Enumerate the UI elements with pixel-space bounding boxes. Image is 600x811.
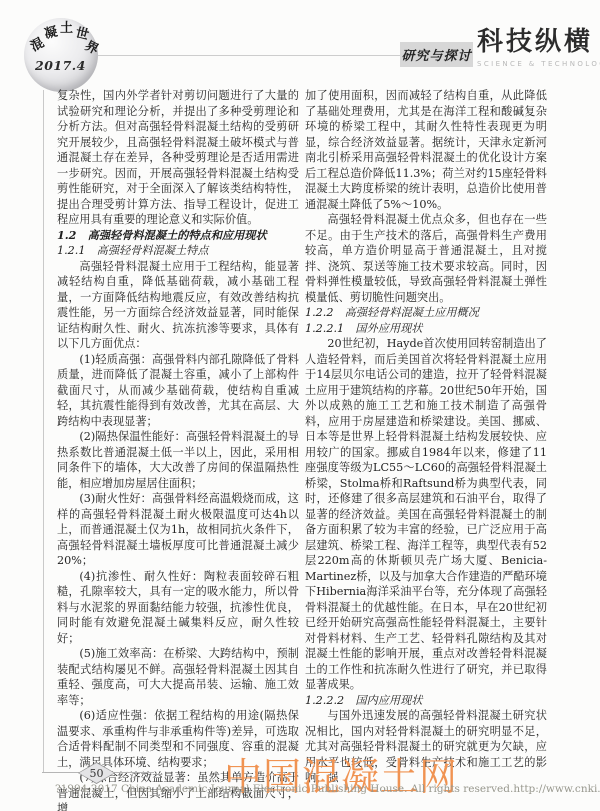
list-item-paragraph: (1)轻质高强：高强骨料内部孔隙降低了骨料质量，进而降低了混凝土容重，减小了上部… bbox=[57, 352, 299, 430]
paragraph: 高强轻骨料混凝土优点众多，但也存在一些不足。由于生产技术的落后，高强骨料生产费用… bbox=[305, 212, 547, 305]
paragraph: 加了使用面积，因而减轻了结构自重，从此降低了基础处理费用，尤其是在海洋工程和酸碱… bbox=[305, 88, 547, 212]
copyright-text: ?1994-2017 China Academic Journal Electr… bbox=[55, 783, 513, 795]
cnki-url-link[interactable]: http://www.cnki.net bbox=[513, 783, 600, 795]
section-heading: 1.2 高强轻骨料混凝土的特点和应用现状 bbox=[57, 228, 299, 244]
page-number: 50 bbox=[79, 763, 114, 783]
subsection-heading: 1.2.2.1 国外应用现状 bbox=[305, 321, 547, 337]
masthead: 科技纵横 SCIENCE & TECHNOLOGY bbox=[477, 26, 595, 68]
list-item-paragraph: (2)隔热保温性能好：高强轻骨料混凝土的导热系数比普通混凝土低一半以上，因此，采… bbox=[57, 429, 299, 491]
issue-number: 2017.4 bbox=[35, 58, 86, 73]
subsection-heading: 1.2.2.2 国内应用现状 bbox=[305, 693, 547, 709]
paragraph: 20世纪初，Hayde首次使用回转窑制造出了人造轻骨料，而后美国首次将轻骨料混凝… bbox=[305, 336, 547, 693]
column-title: 科技纵横 bbox=[477, 26, 595, 58]
left-column: 复杂性，国内外学者针对剪切问题进行了大量的试验研究和理论分析，并提出了多种受剪理… bbox=[57, 88, 299, 811]
list-item-paragraph: (3)耐火性好：高强骨料经高温煅烧而成，这样的高强轻骨料混凝土耐火极限温度可达4… bbox=[57, 491, 299, 569]
footer-copyright-row: ?1994-2017 China Academic Journal Electr… bbox=[55, 783, 547, 795]
page-number-ornament: 50 bbox=[78, 762, 115, 784]
subsection-heading: 1.2.2 高强轻骨料混凝土应用概况 bbox=[305, 305, 547, 321]
list-item-paragraph: (4)抗渗性、耐久性好：陶粒表面较碎石粗糙，孔隙率较大，具有一定的吸水能力，所以… bbox=[57, 569, 299, 647]
logo-calligraphy-char: 土 bbox=[60, 17, 73, 36]
header-divider bbox=[98, 55, 402, 56]
list-item-paragraph: (5)施工效率高：在桥梁、大跨结构中，预制装配式结构屡见不鲜。高强轻骨料混凝土因… bbox=[57, 646, 299, 708]
subsection-heading: 1.2.1 高强轻骨料混凝土特点 bbox=[57, 243, 299, 259]
section-badge: 研究与探讨 bbox=[400, 42, 473, 67]
journal-page: 混 凝 土 世 界 2017.4 研究与探讨 科技纵横 SCIENCE & TE… bbox=[0, 0, 600, 811]
paragraph: 高强轻骨料混凝土应用于工程结构，能显著减轻结构自重，降低基础荷载，减小基础工程量… bbox=[57, 259, 299, 352]
left-margin-rule bbox=[43, 90, 44, 773]
right-column: 加了使用面积，因而减轻了结构自重，从此降低了基础处理费用，尤其是在海洋工程和酸碱… bbox=[305, 88, 547, 786]
journal-logo: 混 凝 土 世 界 2017.4 bbox=[22, 14, 102, 94]
paragraph: 复杂性，国内外学者针对剪切问题进行了大量的试验研究和理论分析，并提出了多种受剪理… bbox=[57, 88, 299, 228]
column-subtitle: SCIENCE & TECHNOLOGY bbox=[477, 60, 595, 68]
